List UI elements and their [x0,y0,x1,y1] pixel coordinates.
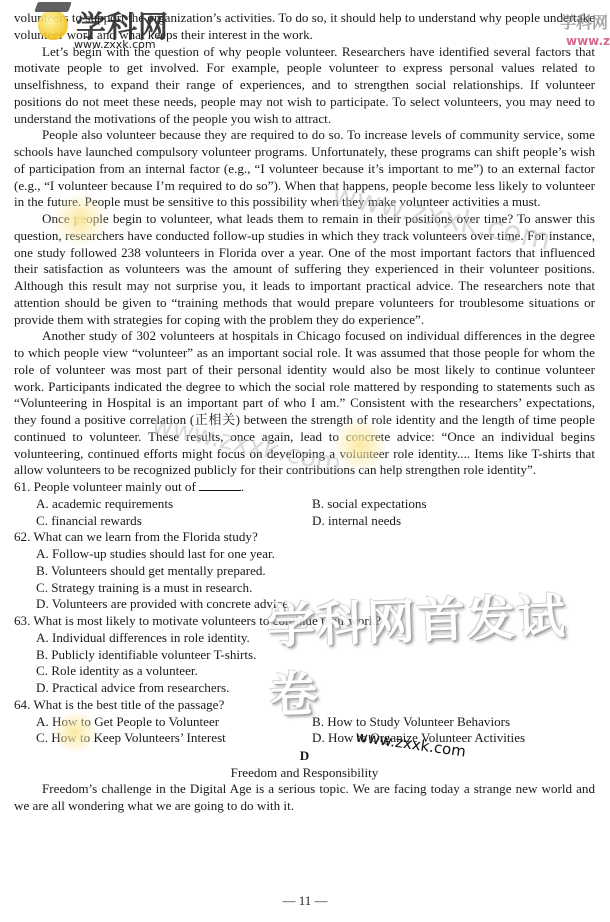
option-list: A. academic requirementsB. social expect… [14,496,595,530]
question-stem: 61. People volunteer mainly out of. [14,479,595,496]
question-text: What can we learn from the Florida study… [33,529,257,544]
answer-option[interactable]: A. Follow-up studies should last for one… [36,546,595,563]
answer-option[interactable]: D. internal needs [312,513,595,530]
question-number: 62. [14,529,30,544]
watermark-top-right-url: www.z [566,34,610,48]
passage-paragraph: People also volunteer because they are r… [14,127,595,211]
answer-option[interactable]: B. social expectations [312,496,595,513]
page-number: — 11 — [0,893,610,909]
question-item: 61. People volunteer mainly out of.A. ac… [14,479,595,529]
passage-paragraph: volunteers to support the organization’s… [14,10,595,44]
watermark-blob [50,712,100,752]
question-stem: 62. What can we learn from the Florida s… [14,529,595,546]
answer-blank [199,479,241,491]
watermark-blob [330,420,390,470]
question-stem-end: . [241,479,244,494]
watermark-big-text: 学科网首发试卷 [266,576,610,726]
passage-paragraph: Let’s begin with the question of why peo… [14,44,595,128]
answer-option[interactable]: A. academic requirements [36,496,312,513]
answer-option[interactable]: B. Volunteers should get mentally prepar… [36,563,595,580]
question-number: 61. [14,479,30,494]
section-title: Freedom and Responsibility [14,764,595,781]
question-number: 64. [14,697,30,712]
answer-option[interactable]: C. financial rewards [36,513,312,530]
question-number: 63. [14,613,30,628]
watermark-blob [50,195,110,245]
question-text: What is the best title of the passage? [33,697,224,712]
section-letter: D [14,747,595,764]
section-intro-paragraph: Freedom’s challenge in the Digital Age i… [14,781,595,815]
question-text: People volunteer mainly out of [34,479,196,494]
watermark-top-right: 学科网 [560,10,608,33]
